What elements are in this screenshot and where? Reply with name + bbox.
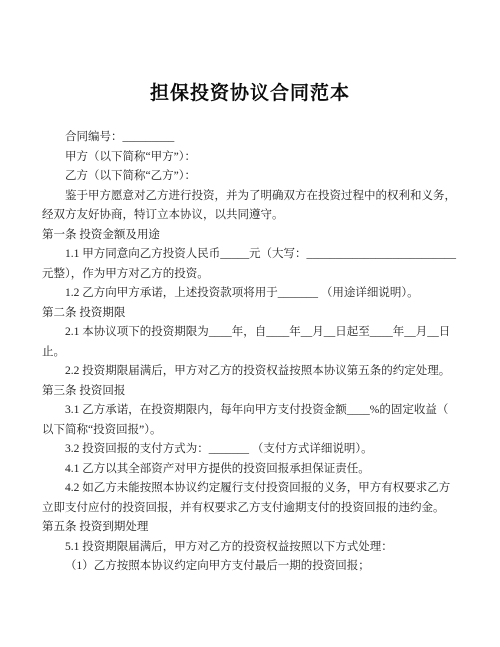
- clause-1-1-line: 元整），作为甲方对乙方的投资。: [42, 265, 444, 285]
- document-body: 合同编号：_________ 甲方（以下简称“甲方”）： 乙方（以下简称“乙方”…: [0, 128, 500, 577]
- clause-1-1-line: 1.1 甲方同意向乙方投资人民币_____元（大写：______________…: [42, 245, 444, 265]
- section-heading-5: 第五条 投资到期处理: [42, 518, 444, 538]
- clause-2-2-line: 2.2 投资期限届满后，甲方对乙方的投资权益按照本协议第五条的约定处理。: [42, 362, 444, 382]
- clause-3-1-line: 以下简称“投资回报”）。: [42, 421, 444, 441]
- section-heading-2: 第二条 投资期限: [42, 304, 444, 324]
- section-heading-3: 第三条 投资回报: [42, 382, 444, 402]
- clause-4-2-line: 4.2 如乙方未能按照本协议约定履行支付投资回报的义务，甲方有权要求乙方: [42, 479, 444, 499]
- clause-2-1-line: 2.1 本协议项下的投资期限为____年，自____年__月__日起至____年…: [42, 323, 444, 343]
- document-page: 担保投资协议合同范本 合同编号：_________ 甲方（以下简称“甲方”）： …: [0, 0, 500, 647]
- party-b-line: 乙方（以下简称“乙方”）：: [42, 167, 444, 187]
- document-title: 担保投资协议合同范本: [0, 0, 500, 105]
- clause-5-1-line: 5.1 投资期限届满后，甲方对乙方的投资权益按照以下方式处理：: [42, 538, 444, 558]
- clause-2-1-line: 止。: [42, 343, 444, 363]
- clause-3-2-line: 3.2 投资回报的支付方式为：_______ （支付方式详细说明）。: [42, 440, 444, 460]
- preamble-line: 鉴于甲方愿意对乙方进行投资，并为了明确双方在投资过程中的权利和义务，: [42, 187, 444, 207]
- section-heading-1: 第一条 投资金额及用途: [42, 226, 444, 246]
- clause-1-2-line: 1.2 乙方向甲方承诺，上述投资款项将用于_______ （用途详细说明）。: [42, 284, 444, 304]
- party-a-line: 甲方（以下简称“甲方”）：: [42, 148, 444, 168]
- clause-4-2-line: 立即支付应付的投资回报，并有权要求乙方支付逾期支付的投资回报的违约金。: [42, 499, 444, 519]
- clause-3-1-line: 3.1 乙方承诺，在投资期限内，每年向甲方支付投资金额____%的固定收益（: [42, 401, 444, 421]
- clause-4-1-line: 4.1 乙方以其全部资产对甲方提供的投资回报承担保证责任。: [42, 460, 444, 480]
- contract-number-line: 合同编号：_________: [42, 128, 444, 148]
- clause-5-1-item-line: （1）乙方按照本协议约定向甲方支付最后一期的投资回报；: [42, 557, 444, 577]
- preamble-line: 经双方友好协商，特订立本协议，以共同遵守。: [42, 206, 444, 226]
